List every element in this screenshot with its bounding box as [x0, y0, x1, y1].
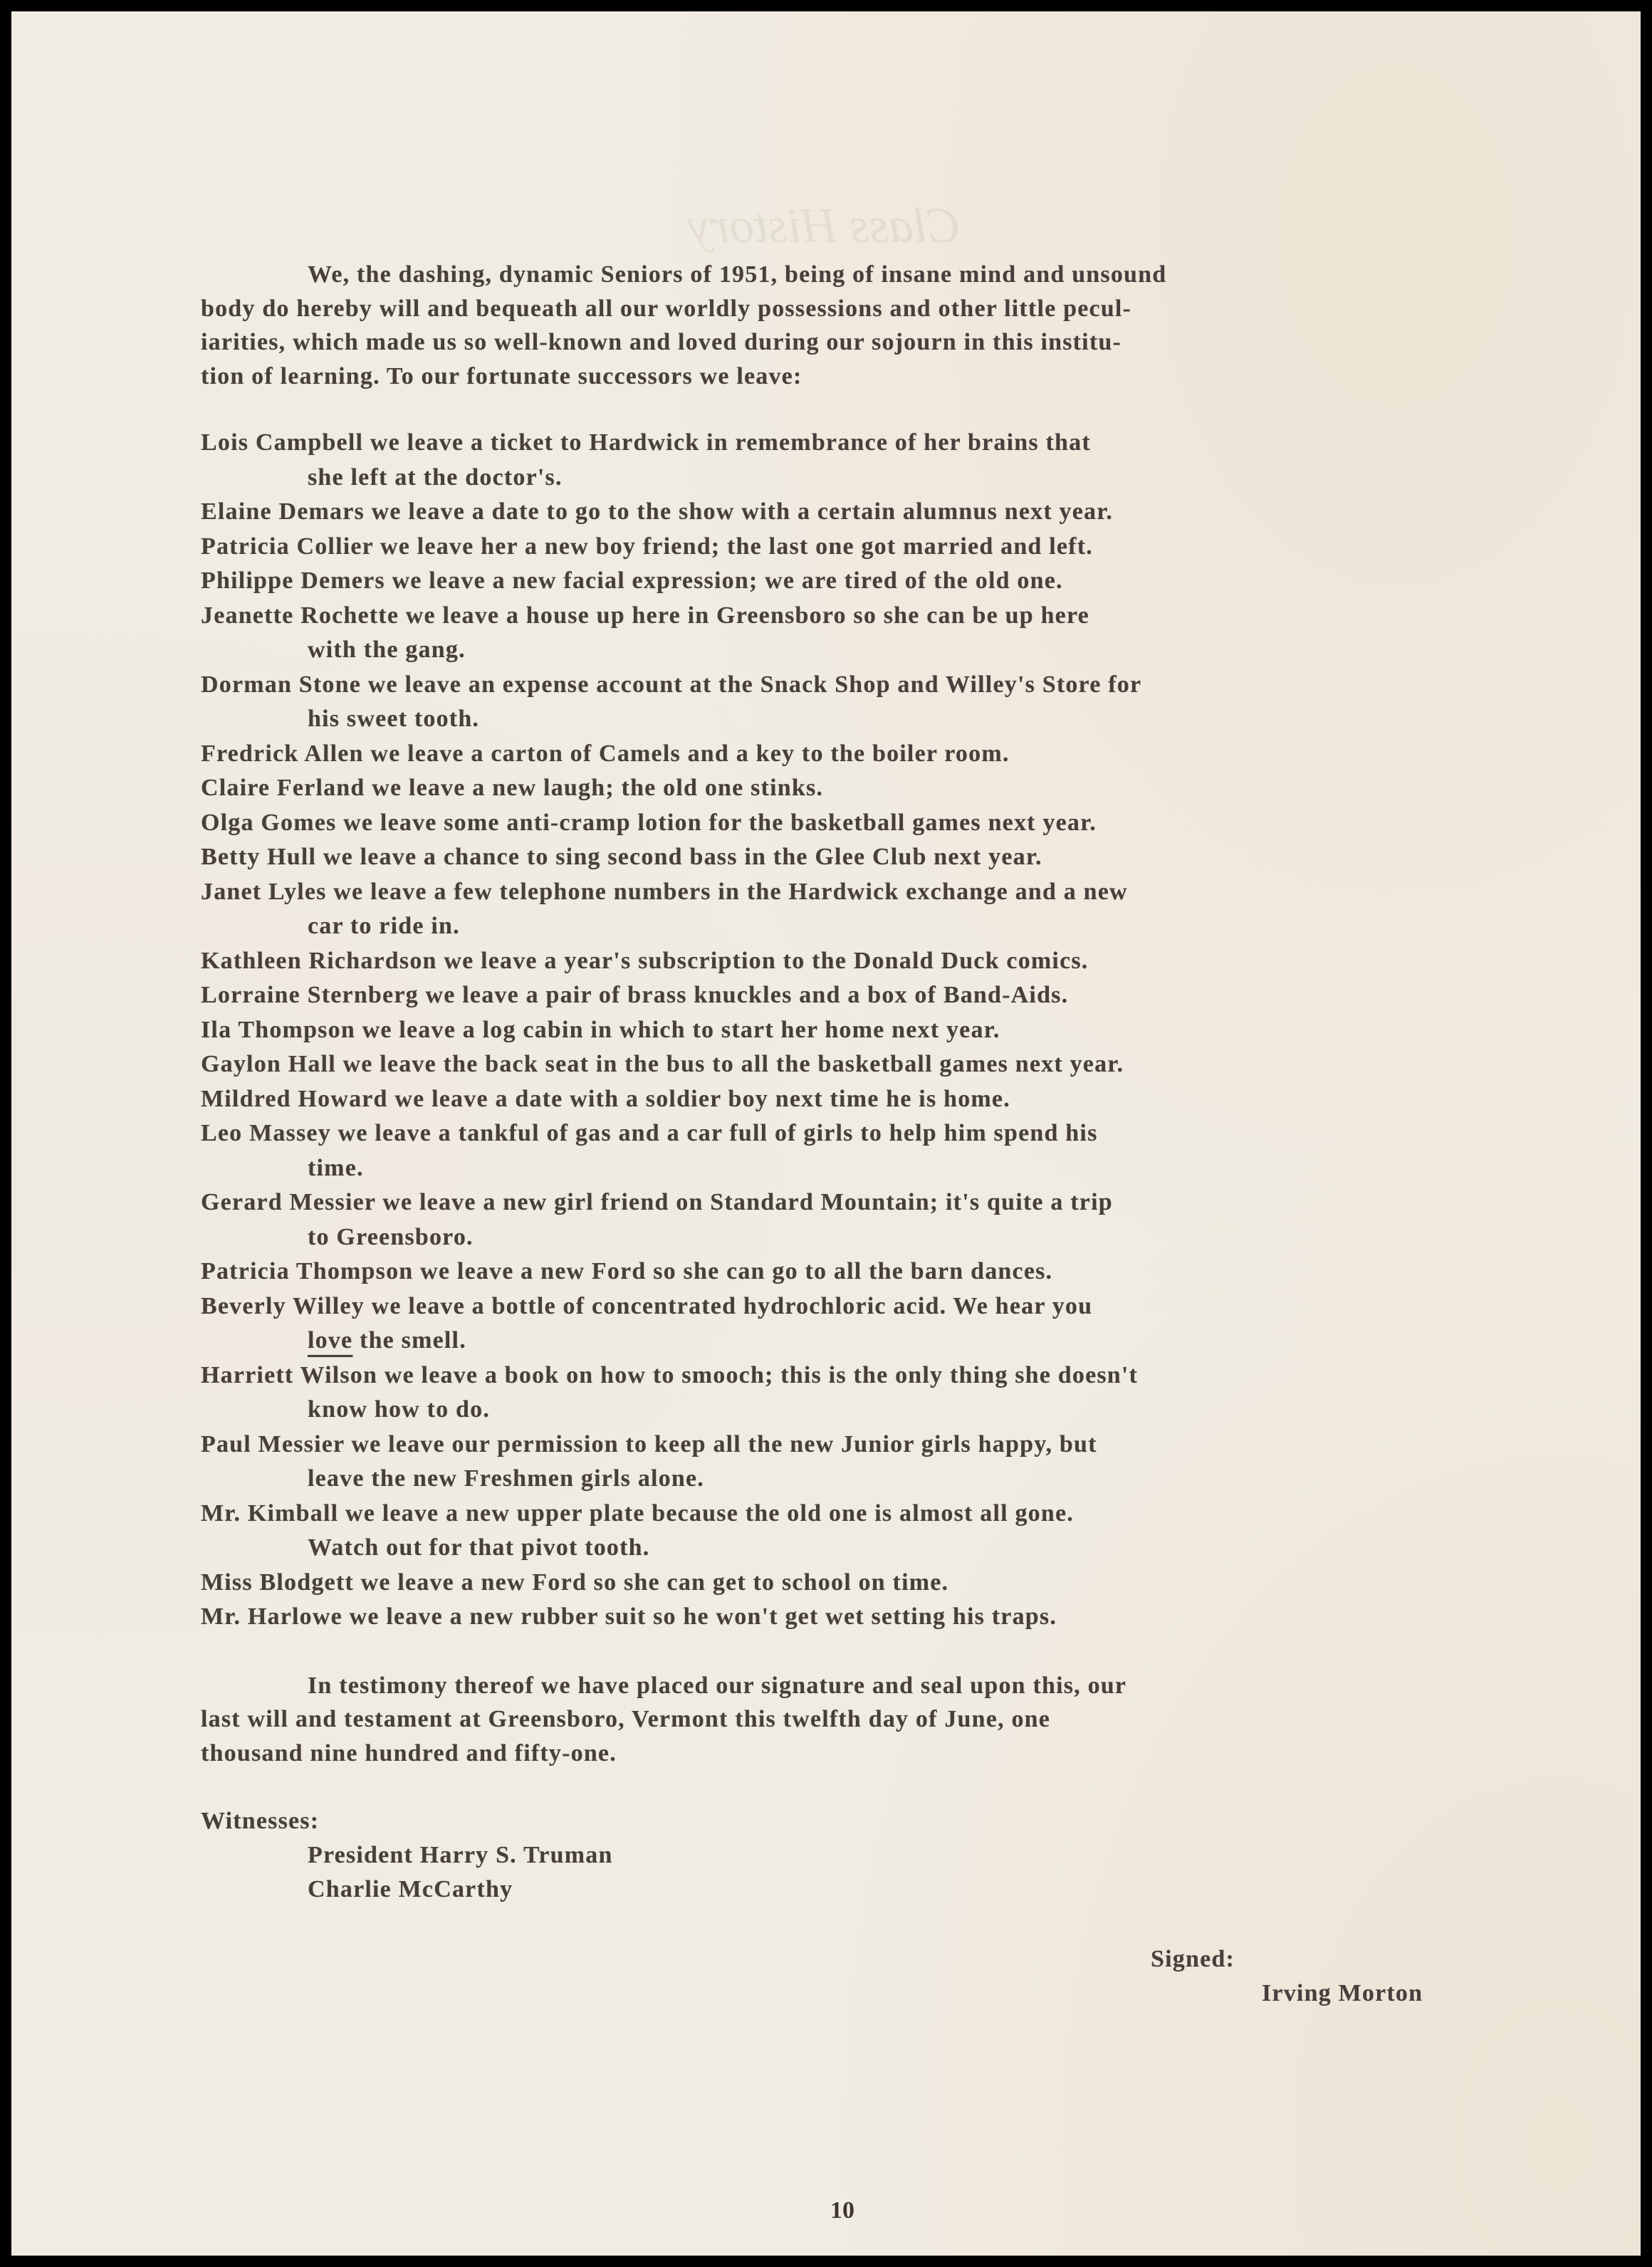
- bequest-line: Gerard Messier we leave a new girl frien…: [201, 1185, 1539, 1220]
- bequest-line: Mr. Kimball we leave a new upper plate b…: [201, 1497, 1539, 1532]
- bequest-line: Dorman Stone we leave an expense account…: [201, 668, 1539, 703]
- bequest-line: Philippe Demers we leave a new facial ex…: [201, 564, 1539, 599]
- bequest-item: Lois Campbell we leave a ticket to Hardw…: [201, 426, 1539, 495]
- bequest-line: Patricia Collier we leave her a new boy …: [201, 530, 1539, 565]
- bequest-item: Janet Lyles we leave a few telephone num…: [201, 875, 1539, 944]
- bequest-line: Ila Thompson we leave a log cabin in whi…: [201, 1013, 1539, 1048]
- bequest-line: Fredrick Allen we leave a carton of Came…: [201, 737, 1539, 772]
- closing-line: In testimony thereof we have placed our …: [201, 1669, 1539, 1703]
- bequest-list: Lois Campbell we leave a ticket to Hardw…: [201, 426, 1539, 1635]
- document-body: We, the dashing, dynamic Seniors of 1951…: [201, 258, 1539, 1907]
- bequest-item: Olga Gomes we leave some anti-cramp loti…: [201, 806, 1539, 841]
- bequest-item: Leo Massey we leave a tankful of gas and…: [201, 1116, 1539, 1185]
- intro-line: body do hereby will and bequeath all our…: [201, 292, 1539, 326]
- bequest-item: Dorman Stone we leave an expense account…: [201, 668, 1539, 737]
- bequest-item: Gaylon Hall we leave the back seat in th…: [201, 1047, 1539, 1082]
- bequest-continuation: leave the new Freshmen girls alone.: [201, 1462, 1539, 1497]
- bequest-item: Patricia Thompson we leave a new Ford so…: [201, 1255, 1539, 1289]
- bequest-line: Olga Gomes we leave some anti-cramp loti…: [201, 806, 1539, 841]
- bequest-line: Patricia Thompson we leave a new Ford so…: [201, 1255, 1539, 1289]
- page-number: 10: [830, 2197, 854, 2224]
- signer-name: Irving Morton: [1151, 1977, 1423, 2011]
- bequest-line: Paul Messier we leave our permission to …: [201, 1428, 1539, 1462]
- bequest-continuation: Watch out for that pivot tooth.: [201, 1531, 1539, 1566]
- bequest-line: Janet Lyles we leave a few telephone num…: [201, 875, 1539, 910]
- bequest-line: Jeanette Rochette we leave a house up he…: [201, 599, 1539, 634]
- signature-block: Signed: Irving Morton: [1151, 1942, 1423, 2011]
- bequest-item: Paul Messier we leave our permission to …: [201, 1428, 1539, 1497]
- bequest-line: Betty Hull we leave a chance to sing sec…: [201, 840, 1539, 875]
- bequest-item: Mr. Harlowe we leave a new rubber suit s…: [201, 1600, 1539, 1635]
- bequest-line: Leo Massey we leave a tankful of gas and…: [201, 1116, 1539, 1151]
- bequest-item: Mr. Kimball we leave a new upper plate b…: [201, 1497, 1539, 1566]
- bequest-item: Kathleen Richardson we leave a year's su…: [201, 944, 1539, 979]
- bequest-line: Lorraine Sternberg we leave a pair of br…: [201, 978, 1539, 1013]
- bleed-through-title: Class History: [688, 198, 961, 255]
- bequest-continuation: to Greensboro.: [201, 1220, 1539, 1255]
- bequest-line: Elaine Demars we leave a date to go to t…: [201, 495, 1539, 530]
- bequest-continuation: car to ride in.: [201, 909, 1539, 944]
- bequest-continuation: his sweet tooth.: [201, 702, 1539, 737]
- bequest-continuation: time.: [201, 1151, 1539, 1186]
- bequest-continuation: she left at the doctor's.: [201, 461, 1539, 496]
- signature-label: Signed:: [1151, 1942, 1423, 1977]
- bequest-item: Miss Blodgett we leave a new Ford so she…: [201, 1566, 1539, 1601]
- bequest-item: Ila Thompson we leave a log cabin in whi…: [201, 1013, 1539, 1048]
- witness-name: President Harry S. Truman: [201, 1838, 1539, 1873]
- closing-line: last will and testament at Greensboro, V…: [201, 1702, 1539, 1737]
- bequest-item: Beverly Willey we leave a bottle of conc…: [201, 1289, 1539, 1358]
- witnesses-block: Witnesses: President Harry S. Truman Cha…: [201, 1804, 1539, 1907]
- bequest-line: Lois Campbell we leave a ticket to Hardw…: [201, 426, 1539, 461]
- bequest-item: Claire Ferland we leave a new laugh; the…: [201, 771, 1539, 806]
- bequest-continuation: with the gang.: [201, 633, 1539, 668]
- intro-paragraph: We, the dashing, dynamic Seniors of 1951…: [201, 258, 1539, 393]
- intro-line: tion of learning. To our fortunate succe…: [201, 360, 1539, 394]
- bequest-item: Jeanette Rochette we leave a house up he…: [201, 599, 1539, 668]
- witness-name: Charlie McCarthy: [201, 1873, 1539, 1907]
- witnesses-label: Witnesses:: [201, 1804, 1539, 1838]
- intro-line: iarities, which made us so well-known an…: [201, 325, 1539, 360]
- bequest-line: Gaylon Hall we leave the back seat in th…: [201, 1047, 1539, 1082]
- bequest-continuation: know how to do.: [201, 1393, 1539, 1428]
- bequest-line: Beverly Willey we leave a bottle of conc…: [201, 1289, 1539, 1324]
- bequest-item: Patricia Collier we leave her a new boy …: [201, 530, 1539, 565]
- bequest-item: Betty Hull we leave a chance to sing sec…: [201, 840, 1539, 875]
- bequest-item: Lorraine Sternberg we leave a pair of br…: [201, 978, 1539, 1013]
- closing-line: thousand nine hundred and fifty-one.: [201, 1737, 1539, 1771]
- bequest-item: Harriett Wilson we leave a book on how t…: [201, 1358, 1539, 1428]
- bequest-item: Gerard Messier we leave a new girl frien…: [201, 1185, 1539, 1255]
- bequest-line: Kathleen Richardson we leave a year's su…: [201, 944, 1539, 979]
- bequest-line: Mildred Howard we leave a date with a so…: [201, 1082, 1539, 1117]
- bequest-item: Elaine Demars we leave a date to go to t…: [201, 495, 1539, 530]
- closing-paragraph: In testimony thereof we have placed our …: [201, 1669, 1539, 1771]
- bequest-item: Philippe Demers we leave a new facial ex…: [201, 564, 1539, 599]
- bequest-line: Harriett Wilson we leave a book on how t…: [201, 1358, 1539, 1393]
- bequest-line: Miss Blodgett we leave a new Ford so she…: [201, 1566, 1539, 1601]
- bequest-line: Mr. Harlowe we leave a new rubber suit s…: [201, 1600, 1539, 1635]
- bequest-item: Mildred Howard we leave a date with a so…: [201, 1082, 1539, 1117]
- underlined-word: love: [308, 1327, 352, 1354]
- bequest-item: Fredrick Allen we leave a carton of Came…: [201, 737, 1539, 772]
- intro-line: We, the dashing, dynamic Seniors of 1951…: [201, 258, 1539, 292]
- continuation-rest: the smell.: [352, 1327, 466, 1354]
- bequest-continuation: love the smell.: [201, 1324, 1539, 1358]
- bequest-line: Claire Ferland we leave a new laugh; the…: [201, 771, 1539, 806]
- document-page: Class History We, the dashing, dynamic S…: [11, 11, 1641, 2256]
